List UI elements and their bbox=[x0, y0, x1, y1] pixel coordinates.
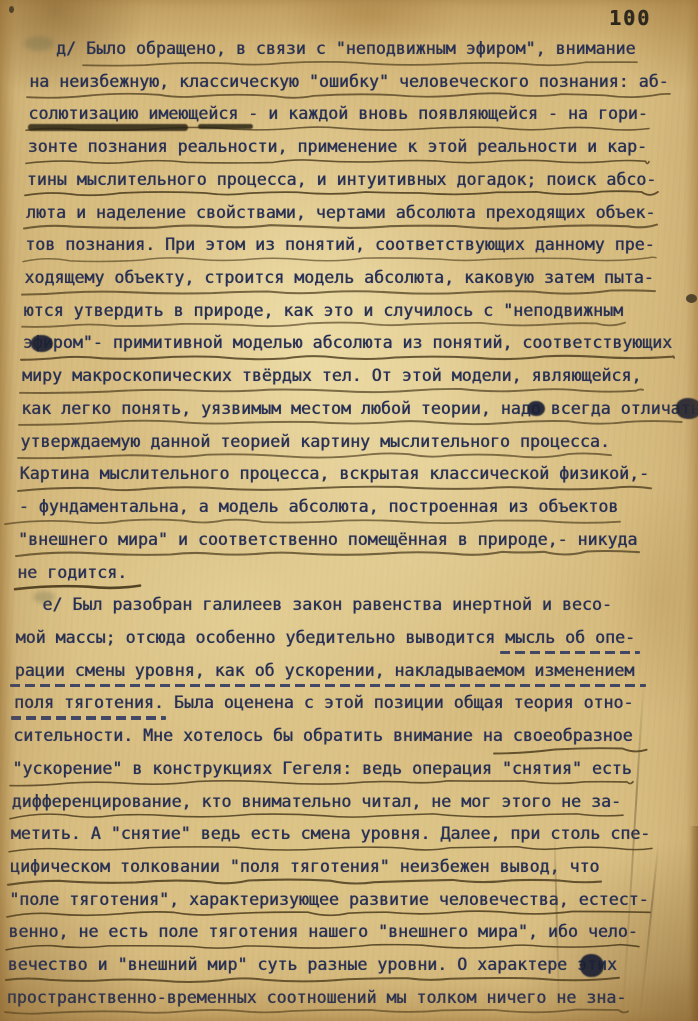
text-line: тов познания. При этом из понятий, соотв… bbox=[25, 234, 654, 255]
text-line: утверждаемую данной теорией картину мысл… bbox=[20, 431, 609, 452]
text-line: Картина мыслительного процесса, вскрытая… bbox=[20, 463, 649, 484]
text-line: - фундаментальна, а модель абсолюта, пос… bbox=[19, 496, 618, 517]
text-line: рации смены уровня, как об ускорении, на… bbox=[15, 660, 634, 681]
text-line: миру макроскопических твёрдых тел. От эт… bbox=[22, 365, 641, 386]
crease-line bbox=[639, 845, 659, 1020]
ink-smudge bbox=[24, 36, 54, 51]
text-line: сительности. Мне хотелось бы обратить вн… bbox=[13, 725, 632, 746]
typed-dash-underline bbox=[500, 651, 640, 654]
text-line: солютизацию имеющейся - и каждой вновь п… bbox=[28, 103, 647, 124]
text-line: эфиром"- примитивной моделью абсолюта из… bbox=[23, 332, 672, 353]
text-line: ходящему объекту, строится модель абсолю… bbox=[24, 267, 653, 288]
text-line: венно, не есть поле тяготения нашего "вн… bbox=[8, 921, 637, 942]
text-line: как легко понять, уязвимым местом любой … bbox=[21, 398, 698, 419]
hand-underline bbox=[3, 1007, 632, 1021]
text-line: поля тяготения. Была оценена с этой пози… bbox=[14, 692, 633, 713]
text-line: мой массы; отсюда особенно убедительно в… bbox=[16, 627, 635, 648]
text-line: цифическом толковании "поля тяготения" н… bbox=[10, 856, 599, 877]
pen-stroke bbox=[198, 124, 253, 129]
text-line: "поле тяготения", характеризующее развит… bbox=[9, 889, 648, 910]
text-line: е/ Был разобран галилеев закон равенства… bbox=[42, 594, 611, 615]
text-line: ются утвердить в природе, как это и случ… bbox=[24, 300, 623, 321]
text-line: тины мыслительного процесса, и интуитивн… bbox=[27, 169, 656, 190]
text-line: дифференцирование, кто внимательно читал… bbox=[12, 791, 621, 812]
text-line: "внешнего мира" и соответственно помещён… bbox=[18, 529, 637, 550]
text-line: д/ Было обращено, в связи с "неподвижным… bbox=[56, 38, 635, 59]
ink-blot bbox=[31, 335, 53, 352]
ink-blot bbox=[676, 398, 698, 419]
text-line: на неизбежную, классическую "ошибку" чел… bbox=[29, 71, 668, 92]
paper-spot bbox=[686, 294, 697, 303]
text-line: не годится. bbox=[17, 562, 127, 583]
text-line: вечество и "внешний мир" суть разные уро… bbox=[8, 954, 617, 975]
paper-spot bbox=[9, 6, 14, 13]
ink-smudge bbox=[33, 591, 55, 603]
text-line: зонте познания реальности, применение к … bbox=[28, 136, 647, 157]
text-line: пространственно-временных соотношений мы… bbox=[7, 987, 626, 1008]
page-number: 100 bbox=[609, 6, 651, 30]
typed-dash-underline bbox=[11, 716, 166, 719]
text-line: люта и наделение свойствами, чертами абс… bbox=[26, 202, 655, 223]
ink-blot bbox=[580, 954, 604, 977]
text-line: "ускорение" в конструкциях Гегеля: ведь … bbox=[12, 758, 631, 779]
page-edge-shadow bbox=[689, 826, 698, 1021]
pen-stroke bbox=[28, 124, 188, 131]
typed-dash-underline bbox=[10, 684, 646, 687]
text-line: метить. А "снятие" ведь есть смена уровн… bbox=[11, 823, 650, 844]
document-page: 100 д/ Было обращено, в связи с "неподви… bbox=[0, 0, 698, 1021]
